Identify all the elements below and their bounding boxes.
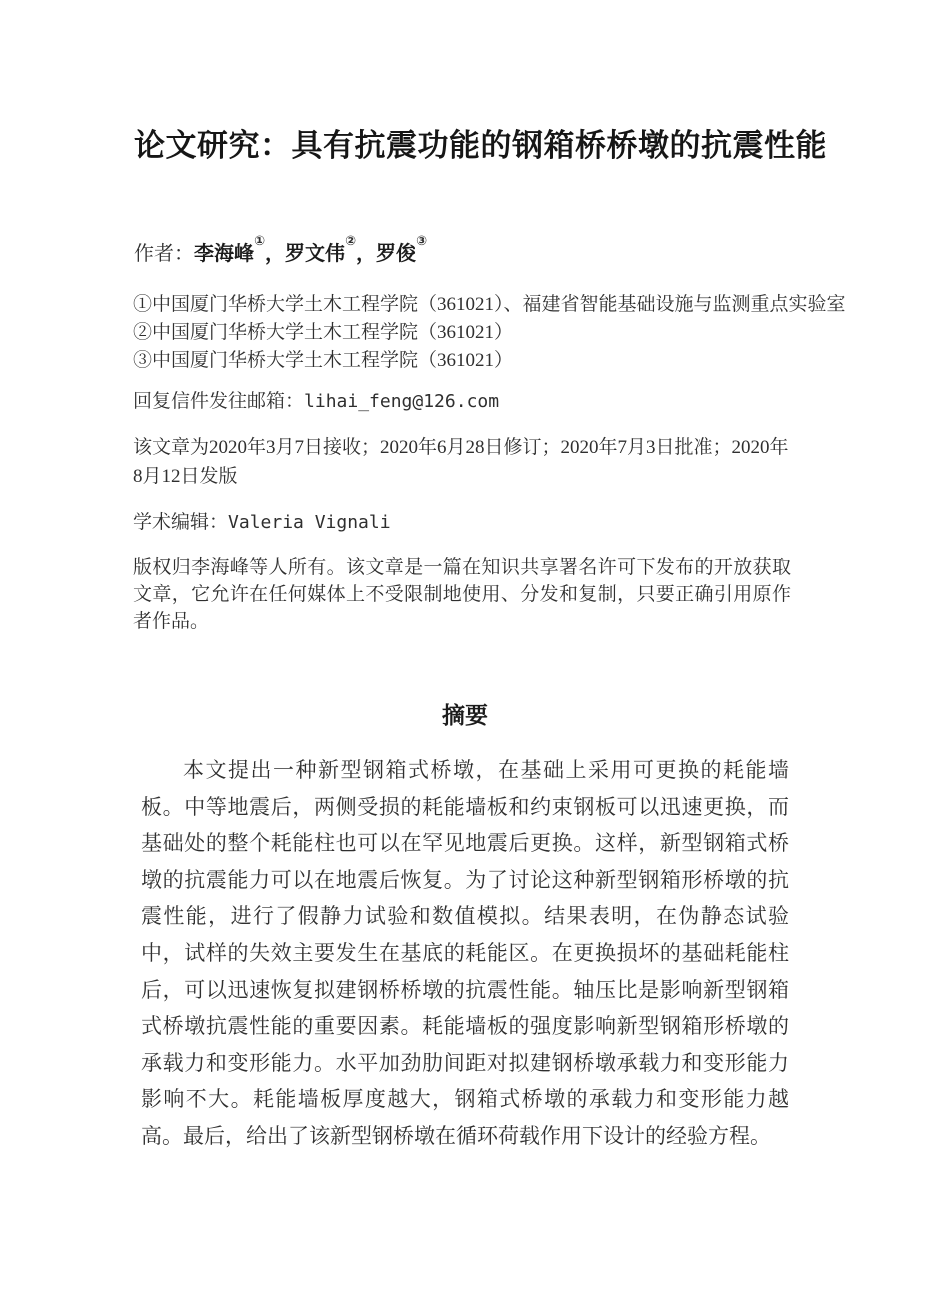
affiliation-3: ③中国厦门华桥大学土木工程学院（361021） (133, 347, 846, 375)
correspondence-line: 回复信件发往邮箱：lihai_feng@126.com (133, 388, 499, 415)
affiliation-1: ①中国厦门华桥大学土木工程学院（361021）、福建省智能基础设施与监测重点实验… (133, 291, 846, 319)
author-3: 罗俊③ (376, 243, 427, 265)
abstract-heading: 摘要 (141, 700, 789, 730)
affiliations: ①中国厦门华桥大学土木工程学院（361021）、福建省智能基础设施与监测重点实验… (133, 291, 846, 375)
paper-page: { "paper": { "title": "论文研究：具有抗震功能的钢箱桥桥墩… (0, 0, 926, 1309)
author-2: 罗文伟②， (285, 243, 376, 265)
author-line: 作者：李海峰①，罗文伟②，罗俊③ (134, 241, 427, 267)
author-3-affiliation-mark: ③ (416, 233, 427, 248)
correspondence-email: lihai_feng@126.com (304, 391, 499, 412)
author-1: 李海峰①， (194, 243, 285, 265)
authors-label: 作者： (134, 243, 194, 265)
editor-label: 学术编辑： (133, 512, 228, 533)
editor-line: 学术编辑：Valeria Vignali (133, 509, 391, 536)
author-3-name: 罗俊 (376, 243, 416, 265)
author-2-name: 罗文伟 (285, 243, 345, 265)
editor-name: Valeria Vignali (228, 512, 391, 533)
correspondence-label: 回复信件发往邮箱： (133, 391, 304, 412)
author-2-affiliation-mark: ② (345, 233, 356, 248)
author-separator: ， (265, 243, 285, 265)
affiliation-2: ②中国厦门华桥大学土木工程学院（361021） (133, 319, 846, 347)
paper-title: 论文研究：具有抗震功能的钢箱桥桥墩的抗震性能 (134, 126, 806, 166)
author-1-affiliation-mark: ① (254, 233, 265, 248)
article-history: 该文章为2020年3月7日接收；2020年6月28日修订；2020年7月3日批准… (133, 433, 795, 491)
copyright-notice: 版权归李海峰等人所有。该文章是一篇在知识共享署名许可下发布的开放获取文章，它允许… (133, 554, 791, 635)
author-separator: ， (356, 243, 376, 265)
author-1-name: 李海峰 (194, 243, 254, 265)
abstract-body: 本文提出一种新型钢箱式桥墩，在基础上采用可更换的耗能墙板。中等地震后，两侧受损的… (141, 752, 789, 1155)
